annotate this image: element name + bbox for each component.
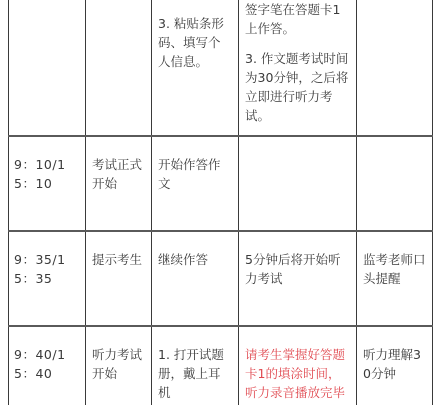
notes-cell: 签字笔在答题卡1上作答。 3. 作文题考试时间为30分钟，之后将立即进行听力考试…	[238, 0, 356, 135]
action-cell: 1. 打开试题册，戴上耳机	[151, 327, 238, 405]
table-row: 9：40/15：40 听力考试开始 1. 打开试题册，戴上耳机 请考生掌握好答题…	[8, 327, 433, 405]
event-cell	[85, 0, 151, 135]
notes-paragraph: 签字笔在答题卡1上作答。	[245, 0, 350, 38]
time-cell: 9：40/15：40	[8, 327, 85, 405]
action-cell: 继续作答	[151, 232, 238, 325]
remark-cell	[356, 0, 433, 135]
notes-cell: 5分钟后将开始听力考试	[238, 232, 356, 325]
time-cell: 9：35/15：35	[8, 232, 85, 325]
event-cell: 考试正式开始	[85, 137, 151, 230]
table-row: 9：10/15：10 考试正式开始 开始作答作文	[8, 137, 433, 232]
exam-schedule-table: 3. 粘贴条形码、填写个人信息。 签字笔在答题卡1上作答。 3. 作文题考试时间…	[8, 0, 433, 405]
event-cell: 提示考生	[85, 232, 151, 325]
time-cell	[8, 0, 85, 135]
table-row: 3. 粘贴条形码、填写个人信息。 签字笔在答题卡1上作答。 3. 作文题考试时间…	[8, 0, 433, 137]
remark-cell: 听力理解30分钟	[356, 327, 433, 405]
notes-paragraph: 3. 作文题考试时间为30分钟，之后将立即进行听力考试。	[245, 49, 350, 125]
event-cell: 听力考试开始	[85, 327, 151, 405]
notes-cell-highlighted: 请考生掌握好答题卡1的填涂时间，听力录音播放完毕	[238, 327, 356, 405]
time-cell: 9：10/15：10	[8, 137, 85, 230]
action-cell: 3. 粘贴条形码、填写个人信息。	[151, 0, 238, 135]
table-row: 9：35/15：35 提示考生 继续作答 5分钟后将开始听力考试 监考老师口头提…	[8, 232, 433, 327]
action-cell: 开始作答作文	[151, 137, 238, 230]
remark-cell: 监考老师口头提醒	[356, 232, 433, 325]
notes-cell	[238, 137, 356, 230]
remark-cell	[356, 137, 433, 230]
